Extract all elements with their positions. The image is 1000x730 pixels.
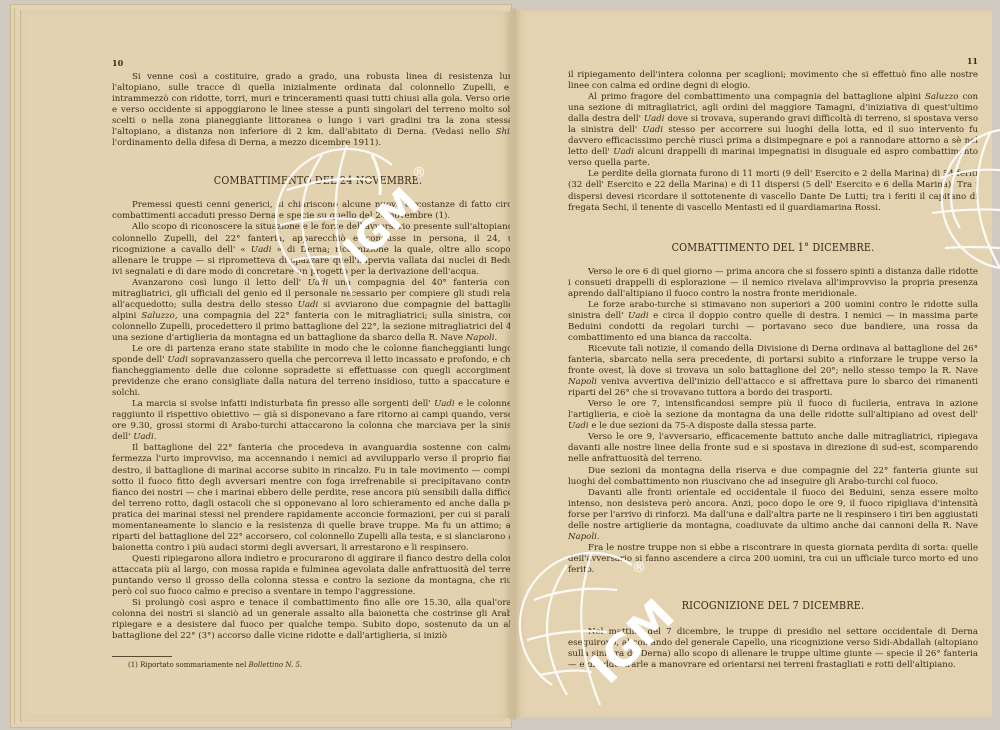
paragraph-list: Premessi questi cenni generici, si chiar…: [112, 200, 524, 642]
paragraph: La marcia si svolse infatti indisturbata…: [112, 399, 524, 443]
page-number: 11: [568, 56, 978, 70]
paragraph: Il battaglione del 22° fanteria che proc…: [112, 443, 524, 553]
right-page-content: 11 il ripiegamento dell'intera colonna p…: [568, 56, 978, 671]
paragraph: Le perdite della giornata furono di 11 m…: [568, 169, 978, 213]
paragraph-list: Nel mattino del 7 dicembre, le truppe di…: [568, 627, 978, 671]
page-number: 10: [112, 58, 524, 72]
paragraph: Premessi questi cenni generici, si chiar…: [112, 200, 524, 222]
paragraph: Verso le ore 9, l'avversario, efficaceme…: [568, 432, 978, 465]
section-title: COMBATTIMENTO DEL 1° DICEMBRE.: [593, 242, 954, 253]
paragraph: Davanti alle fronti orientale ed occiden…: [568, 488, 978, 543]
footnote-divider: [112, 656, 172, 657]
paragraph: Nel mattino del 7 dicembre, le truppe di…: [568, 627, 978, 671]
paragraph: Verso le ore 6 di quel giorno — prima an…: [568, 267, 978, 300]
paragraph: Si prolungò così aspro e tenace il comba…: [112, 598, 524, 642]
paragraph: Ricevute tali notizie, il comando della …: [568, 344, 978, 399]
paragraph: Le ore di partenza erano state stabilite…: [112, 344, 524, 399]
paragraph: Allo scopo di riconoscere la situazione …: [112, 222, 524, 277]
section-title: RICOGNIZIONE DEL 7 DICEMBRE.: [593, 600, 954, 611]
paragraph: Questi ripiegarono allora indietro e pro…: [112, 554, 524, 598]
paragraph-list: il ripiegamento dell'intera colonna per …: [568, 70, 978, 214]
paragraph: Verso le ore 7, intensificandosi sempre …: [568, 399, 978, 432]
left-page-content: 10 Si venne così a costituire, grado a g…: [112, 58, 524, 670]
paragraph-list: Verso le ore 6 di quel giorno — prima an…: [568, 267, 978, 576]
paragraph: Fra le nostre truppe non si ebbe a risco…: [568, 543, 978, 576]
paragraph: Si venne così a costituire, grado a grad…: [112, 72, 524, 149]
right-page: 11 il ripiegamento dell'intera colonna p…: [514, 10, 992, 718]
footnote: (1) Riportato sommariamente nel Bolletti…: [112, 661, 524, 670]
section-title: COMBATTIMENTO DEL 24 NOVEMBRE.: [137, 175, 500, 186]
paragraph: il ripiegamento dell'intera colonna per …: [568, 70, 978, 92]
left-page: 10 Si venne così a costituire, grado a g…: [26, 12, 512, 718]
paragraph: Le forze arabo-turche si stimavano non s…: [568, 300, 978, 344]
paragraph: Due sezioni da montagna della riserva e …: [568, 466, 978, 488]
paragraph: Avanzarono così lungo il letto dell' Uad…: [112, 278, 524, 344]
paragraph: Al primo fragore del combattimento una c…: [568, 92, 978, 169]
